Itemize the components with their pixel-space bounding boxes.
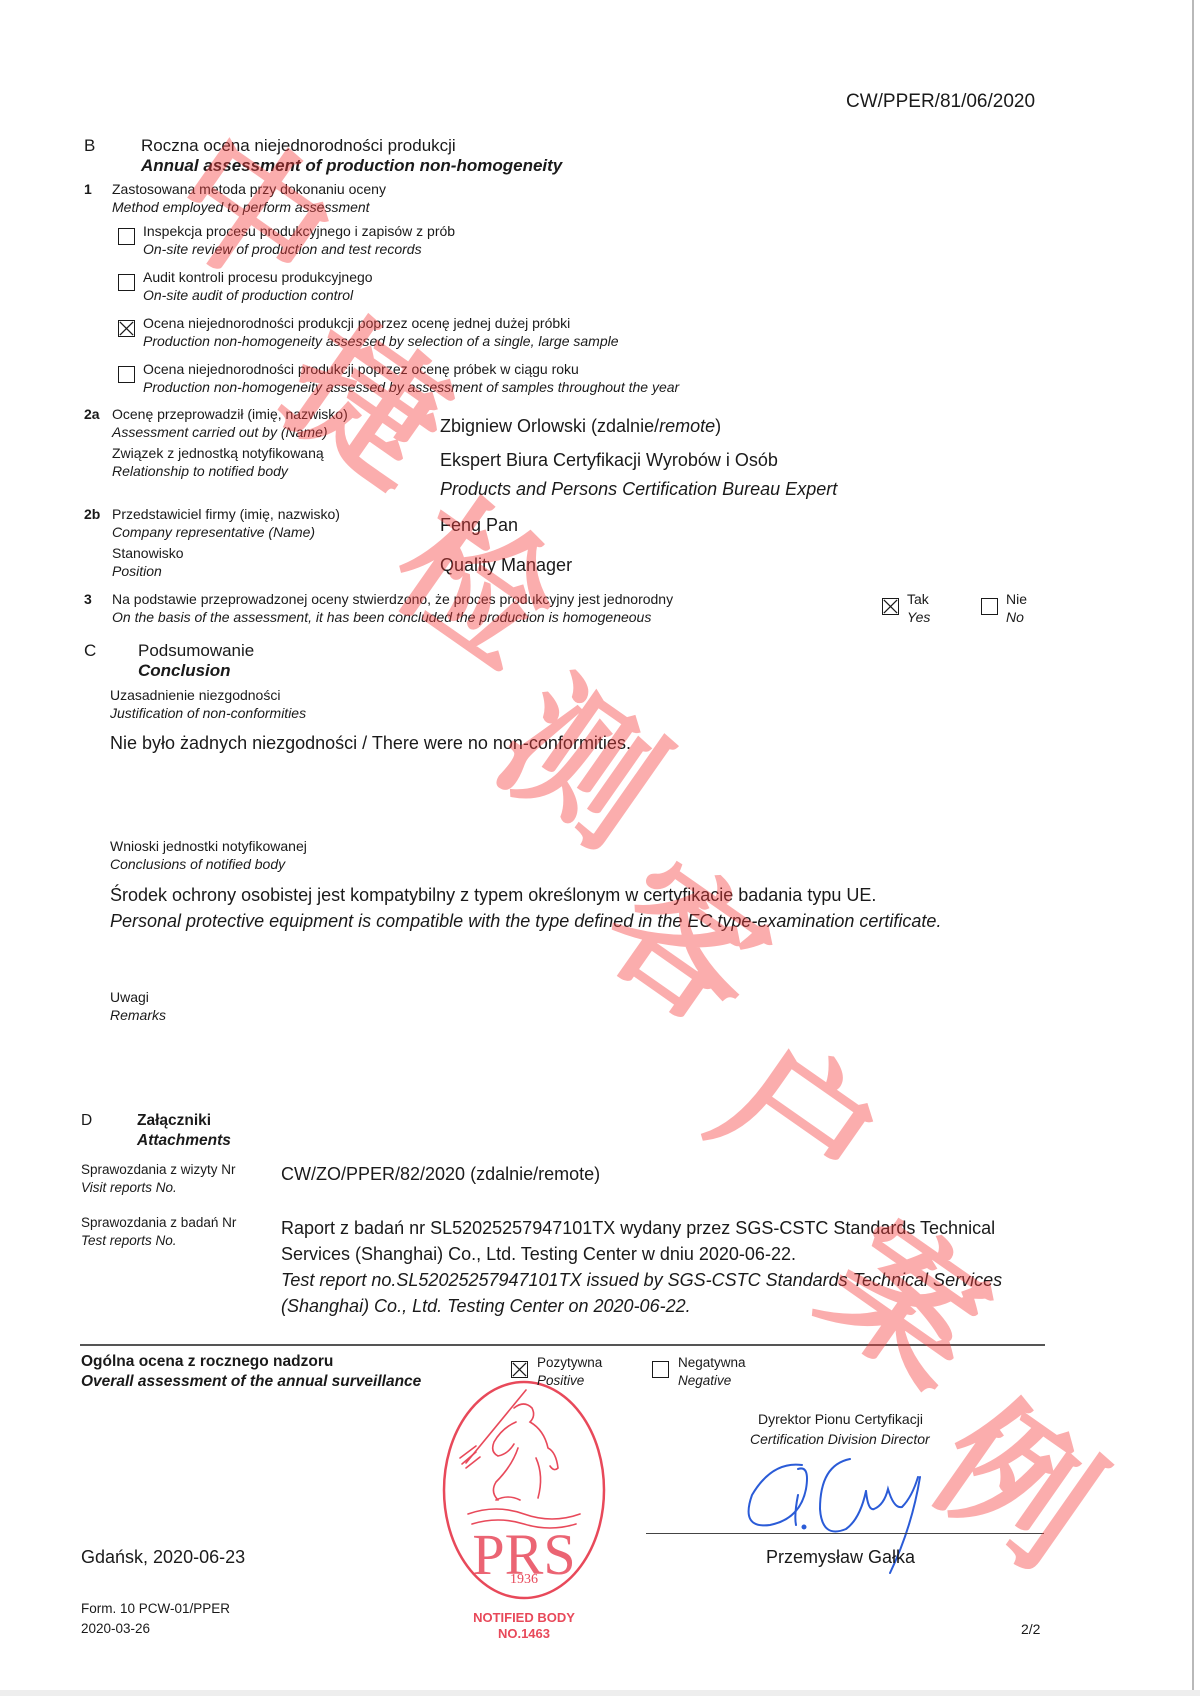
section-b-letter: B <box>84 135 95 157</box>
stamp-number: NO.1463 <box>436 1626 612 1641</box>
homogeneous-yes-label-en: Yes <box>907 608 930 627</box>
conclusions-value-pl: Środek ochrony osobistej jest kompatybil… <box>110 883 876 907</box>
overall-positive-label-pl: Pozytywna <box>537 1354 602 1372</box>
relationship-value-en: Products and Persons Certification Burea… <box>440 477 837 501</box>
watermark-character: 测 <box>476 661 685 870</box>
assessor-value-end: ) <box>715 416 721 436</box>
method-option-2-label-pl: Audit kontroli procesu produkcyjnego <box>143 268 373 287</box>
check-x-icon <box>119 321 134 336</box>
test-reports-label-pl: Sprawozdania z badań Nr <box>81 1214 236 1232</box>
position-value: Quality Manager <box>440 553 572 577</box>
method-option-4-label-pl: Ocena niejednorodności produkcji poprzez… <box>143 360 579 379</box>
document-number: CW/PPER/81/06/2020 <box>846 89 1035 115</box>
rep-label-en: Company representative (Name) <box>112 523 315 542</box>
section-c-title-pl: Podsumowanie <box>138 640 254 662</box>
document-page: CW/PPER/81/06/2020 B Roczna ocena niejed… <box>0 0 1200 1696</box>
homogeneity-label-pl: Na podstawie przeprowadzonej oceny stwie… <box>112 590 673 609</box>
homogeneous-no-label-pl: Nie <box>1006 590 1027 609</box>
homogeneous-yes-label-pl: Tak <box>907 590 929 609</box>
conclusions-value-en: Personal protective equipment is compati… <box>110 909 941 933</box>
section-c-title-en: Conclusion <box>138 660 231 682</box>
section-d-title-en: Attachments <box>137 1131 231 1151</box>
rep-value: Feng Pan <box>440 513 518 537</box>
relationship-value-pl: Ekspert Biura Certyfikacji Wyrobów i Osó… <box>440 448 778 472</box>
remarks-label-en: Remarks <box>110 1006 166 1025</box>
test-reports-value-line-3: Test report no.SL52025257947101TX issued… <box>281 1268 1002 1292</box>
section-divider <box>80 1344 1045 1346</box>
test-reports-value-line-1: Raport z badań nr SL52025257947101TX wyd… <box>281 1216 995 1240</box>
overall-label-en: Overall assessment of the annual surveil… <box>81 1372 421 1392</box>
section-d-title-pl: Załączniki <box>137 1111 211 1131</box>
assessor-value-main: Zbigniew Orlowski (zdalnie/ <box>440 416 659 436</box>
method-option-1-label-en: On-site review of production and test re… <box>143 240 422 259</box>
remarks-label-pl: Uwagi <box>110 988 149 1007</box>
watermark-character: 检 <box>371 481 580 690</box>
signatory-name: Przemysław Gałka <box>766 1545 915 1569</box>
method-option-2-checkbox[interactable] <box>118 274 135 291</box>
watermark-character: 客 <box>581 841 790 1050</box>
page-number: 2/2 <box>1021 1620 1040 1639</box>
form-date: 2020-03-26 <box>81 1620 150 1638</box>
homogeneity-label-en: On the basis of the assessment, it has b… <box>112 608 651 627</box>
justification-label-pl: Uzasadnienie niezgodności <box>110 686 280 705</box>
assessor-value: Zbigniew Orlowski (zdalnie/remote) <box>440 414 721 438</box>
position-label-pl: Stanowisko <box>112 544 184 563</box>
test-reports-label-en: Test reports No. <box>81 1232 177 1250</box>
justification-value: Nie było żadnych niezgodności / There we… <box>110 731 631 755</box>
assessor-value-remote: remote <box>659 416 715 436</box>
test-reports-value-line-4: (Shanghai) Co., Ltd. Testing Center on 2… <box>281 1294 691 1318</box>
overall-positive-checkbox[interactable] <box>511 1361 528 1378</box>
item-1-label-en: Method employed to perform assessment <box>112 198 370 217</box>
overall-negative-label-pl: Negatywna <box>678 1354 746 1372</box>
relationship-label-en: Relationship to notified body <box>112 462 288 481</box>
item-1-label-pl: Zastosowana metoda przy dokonaniu oceny <box>112 180 386 199</box>
conclusions-label-en: Conclusions of notified body <box>110 855 285 874</box>
method-option-4-label-en: Production non-homogeneity assessed by a… <box>143 378 679 397</box>
check-x-icon <box>883 599 898 614</box>
section-b-title-en: Annual assessment of production non-homo… <box>141 155 562 177</box>
page-bottom-shade <box>0 1690 1200 1696</box>
method-option-3-checkbox[interactable] <box>118 320 135 337</box>
rep-label-pl: Przedstawiciel firmy (imię, nazwisko) <box>112 505 340 524</box>
item-3-number: 3 <box>84 590 92 609</box>
item-2b-number: 2b <box>84 505 100 524</box>
homogeneous-no-checkbox[interactable] <box>981 598 998 615</box>
stamp-year: 1936 <box>436 1572 612 1588</box>
method-option-1-checkbox[interactable] <box>118 228 135 245</box>
homogeneous-no-label-en: No <box>1006 608 1024 627</box>
method-option-4-checkbox[interactable] <box>118 366 135 383</box>
assessor-label-en: Assessment carried out by (Name) <box>112 423 328 442</box>
section-d-letter: D <box>81 1111 92 1131</box>
method-option-3-label-en: Production non-homogeneity assessed by s… <box>143 332 619 351</box>
watermark-character: 户 <box>691 1021 900 1230</box>
visit-reports-value: CW/ZO/PPER/82/2020 (zdalnie/remote) <box>281 1162 600 1186</box>
item-1-number: 1 <box>84 180 92 199</box>
overall-negative-checkbox[interactable] <box>652 1361 669 1378</box>
stamp-notified-body: NOTIFIED BODY <box>436 1610 612 1625</box>
method-option-3-label-pl: Ocena niejednorodności produkcji poprzez… <box>143 314 570 333</box>
position-label-en: Position <box>112 562 162 581</box>
visit-reports-label-pl: Sprawozdania z wizyty Nr <box>81 1161 236 1179</box>
signatory-role-pl: Dyrektor Pionu Certyfikacji <box>758 1410 923 1429</box>
assessor-label-pl: Ocenę przeprowadził (imię, nazwisko) <box>112 405 348 424</box>
section-b-title-pl: Roczna ocena niejednorodności produkcji <box>141 135 456 157</box>
test-reports-value-line-2: Services (Shanghai) Co., Ltd. Testing Ce… <box>281 1242 796 1266</box>
form-id: Form. 10 PCW-01/PPER <box>81 1600 230 1618</box>
check-x-icon <box>512 1362 527 1377</box>
homogeneous-yes-checkbox[interactable] <box>882 598 899 615</box>
item-2a-number: 2a <box>84 405 100 424</box>
method-option-1-label-pl: Inspekcja procesu produkcyjnego i zapisó… <box>143 222 455 241</box>
conclusions-label-pl: Wnioski jednostki notyfikowanej <box>110 837 307 856</box>
place-and-date: Gdańsk, 2020-06-23 <box>81 1545 245 1569</box>
justification-label-en: Justification of non-conformities <box>110 704 306 723</box>
section-c-letter: C <box>84 640 96 662</box>
overall-positive-label-en: Positive <box>537 1372 584 1390</box>
overall-label-pl: Ogólna ocena z rocznego nadzoru <box>81 1352 333 1372</box>
method-option-2-label-en: On-site audit of production control <box>143 286 353 305</box>
overall-negative-label-en: Negative <box>678 1372 731 1390</box>
page-edge <box>1192 0 1194 1696</box>
signature-line <box>646 1533 1044 1534</box>
relationship-label-pl: Związek z jednostką notyfikowaną <box>112 444 324 463</box>
visit-reports-label-en: Visit reports No. <box>81 1179 177 1197</box>
